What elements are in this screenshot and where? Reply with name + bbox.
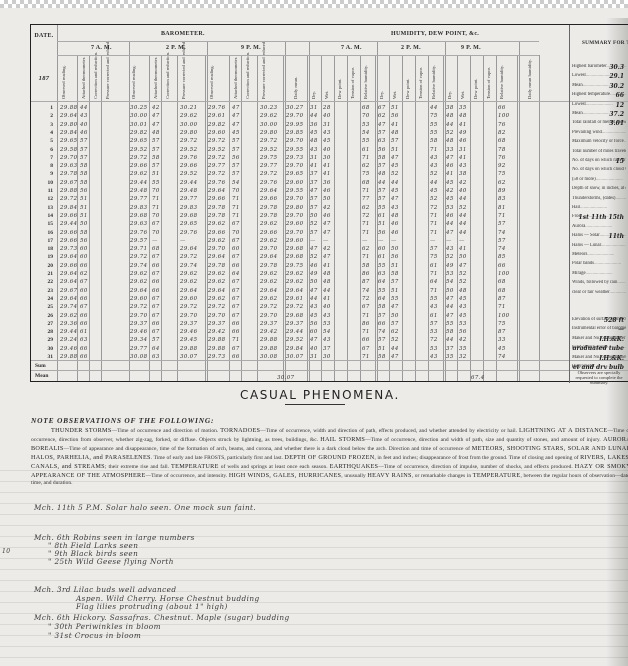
table-cell-b9: 29.88 <box>208 346 225 352</box>
note-description: —Time of occurrence, direction of impuls… <box>378 464 574 470</box>
table-cell-rh7: 70 <box>362 113 370 119</box>
table-cell-rh7: 72 <box>362 296 370 302</box>
table-cell-mean: 29.52 <box>286 337 303 343</box>
table-cell-w2: 50 <box>391 313 399 319</box>
leader-dots: ....................... <box>602 130 626 135</box>
table-cell-rh2: 43 <box>430 354 438 360</box>
table-cell-b7: 29.62 <box>60 313 77 319</box>
table-cell-d7: 41 <box>310 163 318 169</box>
table-cell-a9: 67 <box>232 221 240 227</box>
table-cell-a2: 47 <box>152 113 160 119</box>
table-cell-mean: 29.68 <box>286 313 303 319</box>
table-cell-mean: 29.60 <box>286 180 303 186</box>
table-cell-w2: 47 <box>391 196 399 202</box>
day-number: 7 <box>35 155 53 161</box>
table-cell-a2: 67 <box>152 221 160 227</box>
table-cell-a2: 67 <box>152 313 160 319</box>
table-cell-b7: 29.88 <box>60 188 77 194</box>
table-cell-p9: 29.62 <box>260 296 277 302</box>
table-cell-w2: 43 <box>391 205 399 211</box>
column-divider <box>241 55 242 381</box>
table-cell-w7: 30 <box>323 155 331 161</box>
table-cell-w7: 47 <box>323 254 331 260</box>
table-cell-w9: 44 <box>459 230 467 236</box>
table-cell-w7: — <box>323 238 329 244</box>
table-cell-b2: 29.66 <box>130 163 147 169</box>
table-cell-rh9: 76 <box>498 155 506 161</box>
table-cell-rh2: 72 <box>430 205 438 211</box>
table-cell-p2: 29.60 <box>180 296 197 302</box>
leader-dots: ....................... <box>596 177 623 182</box>
table-cell-w7: 46 <box>323 213 331 219</box>
table-cell-p2: 29.77 <box>180 196 197 202</box>
column-divider <box>177 55 178 381</box>
summary-item-label: Prevailing wind <box>572 130 602 135</box>
column-divider <box>283 55 284 381</box>
table-cell-d7: 31 <box>310 155 318 161</box>
table-cell-w9: 41 <box>459 155 467 161</box>
table-cell-rh7: 71 <box>362 230 370 236</box>
table-cell-d2: 51 <box>378 346 386 352</box>
table-cell-d2: 61 <box>378 254 386 260</box>
table-cell-rh9: 62 <box>498 180 506 186</box>
table-cell-b9: 29.76 <box>208 180 225 186</box>
table-cell-b9: 29.72 <box>208 138 225 144</box>
table-cell-d9: 48 <box>446 113 454 119</box>
table-cell-d9: 37 <box>446 346 454 352</box>
table-cell-d9: 44 <box>446 122 454 128</box>
table-cell-d7: 57 <box>310 230 318 236</box>
table-cell-b9: 29.61 <box>208 113 225 119</box>
baro-col-2-2: Correction and reduction. <box>245 59 250 99</box>
table-cell-rh7: 71 <box>362 188 370 194</box>
table-cell-rh9: 74 <box>498 246 506 252</box>
table-cell-w7: 28 <box>323 105 331 111</box>
table-cell-a2: 42 <box>152 105 160 111</box>
table-cell-d2: 57 <box>378 313 386 319</box>
table-cell-d9: 44 <box>446 337 454 343</box>
hum-col-2-3: Tension of vapor. <box>486 59 491 99</box>
table-cell-a2: 57 <box>152 138 160 144</box>
table-cell-a2: 63 <box>152 354 160 360</box>
summary-item-label: Aurora <box>572 224 585 229</box>
note-description: —Time of occurrence and direction of mot… <box>112 428 221 434</box>
table-cell-d9: 47 <box>446 313 454 319</box>
table-cell-rh7: 58 <box>362 263 370 269</box>
ruled-line <box>0 514 628 515</box>
summary-item-label: Winds, followed by rain <box>572 280 617 285</box>
summary-item: Polar bands....................... <box>572 261 626 266</box>
table-cell-a2: 71 <box>152 196 160 202</box>
table-cell-d7: 46 <box>310 263 318 269</box>
day-number: 17 <box>35 238 53 244</box>
table-cell-a2: 67 <box>152 254 160 260</box>
table-cell-a2: 67 <box>152 271 160 277</box>
table-cell-d7: 43 <box>310 147 318 153</box>
table-cell-d9: 45 <box>446 180 454 186</box>
baro-col-0-2: Correction and reduction. <box>93 59 98 99</box>
table-cell-d2: 62 <box>378 113 386 119</box>
table-cell-a9: 54 <box>232 180 240 186</box>
column-divider <box>457 55 458 381</box>
table-cell-b2: 30.01 <box>130 122 147 128</box>
table-cell-rh9: 100 <box>498 113 510 119</box>
table-cell-a2: 67 <box>152 296 160 302</box>
day-number: 22 <box>35 279 53 285</box>
table-cell-b9: 29.70 <box>208 246 225 252</box>
table-cell-p2: 30.21 <box>180 105 197 111</box>
table-cell-t7: 44 <box>80 105 88 111</box>
table-cell-mean: 30.27 <box>286 105 303 111</box>
table-cell-w2: 51 <box>391 288 399 294</box>
table-cell-rh7: 62 <box>362 246 370 252</box>
leader-dots: ....................... <box>583 83 610 88</box>
table-cell-w7: 54 <box>323 329 331 335</box>
table-cell-p2: 29.52 <box>180 171 197 177</box>
ruled-line <box>0 580 628 581</box>
table-cell-w7: 40 <box>323 147 331 153</box>
note-heading: NOTE OBSERVATIONS OF THE FOLLOWING: <box>31 416 214 425</box>
table-cell-d2: 57 <box>378 188 386 194</box>
table-cell-w9: 53 <box>459 321 467 327</box>
table-cell-w2: 57 <box>391 279 399 285</box>
table-cell-w9: 38 <box>459 171 467 177</box>
table-cell-d9: 42 <box>446 188 454 194</box>
table-cell-p9: 29.64 <box>260 188 277 194</box>
table-cell-rh7: 72 <box>362 213 370 219</box>
table-cell-mean: 29.55 <box>286 188 303 194</box>
day-number: 3 <box>35 122 53 128</box>
table-cell-d7: 48 <box>310 138 318 144</box>
table-cell-d9: 46 <box>446 163 454 169</box>
column-divider <box>443 55 444 381</box>
table-cell-rh7: 71 <box>362 254 370 260</box>
table-cell-b7: 29.84 <box>60 205 77 211</box>
table-cell-b9: 29.77 <box>208 163 225 169</box>
baro-col-0-0: Observed reading. <box>61 59 66 99</box>
summary-item-label: (58 or more) <box>572 177 596 182</box>
table-cell-p9: 30.23 <box>260 105 277 111</box>
table-cell-w9: 44 <box>459 213 467 219</box>
table-cell-b2: 29.57 <box>130 238 147 244</box>
leader-dots: ....................... <box>610 290 626 295</box>
table-cell-a9: 67 <box>232 346 240 352</box>
table-cell-b2: 29.46 <box>130 329 147 335</box>
table-cell-p9: 29.62 <box>260 221 277 227</box>
table-cell-d9: 48 <box>446 138 454 144</box>
table-cell-rh2: 64 <box>430 279 438 285</box>
table-cell-w2: 44 <box>391 180 399 186</box>
table-cell-rh2: 53 <box>430 346 438 352</box>
table-cell-w9: 48 <box>459 113 467 119</box>
table-cell-w7: 47 <box>323 221 331 227</box>
handwritten-note: " 31st Crocus in bloom <box>48 631 141 640</box>
table-cell-t7: 58 <box>80 180 88 186</box>
table-cell-a2: 66 <box>152 321 160 327</box>
table-cell-rh7: 62 <box>362 163 370 169</box>
table-cell-b7: 29.80 <box>60 122 77 128</box>
table-cell-p2: 29.76 <box>180 230 197 236</box>
table-cell-rh2: 55 <box>430 130 438 136</box>
table-cell-w9: 47 <box>459 263 467 269</box>
table-cell-t7: 67 <box>80 304 88 310</box>
row-divider <box>57 41 539 42</box>
table-cell-p9: 29.52 <box>260 147 277 153</box>
table-cell-w7: 41 <box>323 163 331 169</box>
table-cell-b7: 29.66 <box>60 238 77 244</box>
table-cell-b9: 29.62 <box>208 221 225 227</box>
summary-item-value: 3.01 <box>609 120 624 125</box>
table-cell-a9: 70 <box>232 188 240 194</box>
day-number: 20 <box>35 263 53 269</box>
table-cell-w7: 42 <box>323 246 331 252</box>
table-cell-d9: 47 <box>446 230 454 236</box>
table-cell-w7: 53 <box>323 321 331 327</box>
table-cell-a2: 68 <box>152 246 160 252</box>
date-header: DATE. <box>33 33 55 39</box>
table-cell-rh9: 92 <box>498 163 506 169</box>
table-cell-w2: 45 <box>391 163 399 169</box>
table-cell-b9: 29.62 <box>208 296 225 302</box>
summary-item-value: 1st 11th 15th <box>579 214 624 219</box>
summary-item: Highest barometer.......................… <box>572 64 626 69</box>
table-cell-p9: 29.80 <box>260 130 277 136</box>
table-cell-d9: 46 <box>446 213 454 219</box>
table-cell-d9: 44 <box>446 304 454 310</box>
table-cell-a9: 66 <box>232 329 240 335</box>
table-cell-a9: 66 <box>232 321 240 327</box>
hum-7am-header: 7 A. M. <box>341 45 362 51</box>
table-cell-rh2: 61 <box>430 313 438 319</box>
note-topic: TORNADOES <box>220 427 260 434</box>
table-cell-mean: 29.95 <box>286 122 303 128</box>
table-cell-b2: 29.70 <box>130 313 147 319</box>
summary-item: Total rainfall or melted snow...........… <box>572 120 626 125</box>
table-cell-w7: 40 <box>323 304 331 310</box>
table-cell-b2: 30.00 <box>130 113 147 119</box>
note-description: , in feet and inches; disappearance of f… <box>375 455 581 461</box>
summary-item: (58 or more)....................... <box>572 177 626 182</box>
table-cell-w9: 43 <box>459 304 467 310</box>
table-cell-a9: 67 <box>232 279 240 285</box>
table-cell-d2: 58 <box>378 155 386 161</box>
column-divider <box>402 55 403 381</box>
table-cell-b7: 29.66 <box>60 263 77 269</box>
table-cell-t7: 60 <box>80 288 88 294</box>
table-cell-rh2: — <box>430 238 436 244</box>
table-cell-d7: 57 <box>310 196 318 202</box>
table-cell-p2: 30.00 <box>180 122 197 128</box>
note-topic: HIGH WINDS, GALES, HURRICANES <box>229 472 341 479</box>
table-cell-b9: 29.64 <box>208 288 225 294</box>
table-cell-mean: 29.70 <box>286 163 303 169</box>
ruled-line <box>0 646 628 647</box>
table-cell-p9: 29.70 <box>260 246 277 252</box>
table-cell-w7: 45 <box>323 138 331 144</box>
day-number: 15 <box>35 221 53 227</box>
summary-item: No. of days on which cloud was unbroken.… <box>572 167 626 172</box>
table-cell-t7: 51 <box>80 205 88 211</box>
day-number: 31 <box>35 354 53 360</box>
table-cell-b2: 29.62 <box>130 279 147 285</box>
table-cell-b7: 29.73 <box>60 246 77 252</box>
table-cell-mean: 29.62 <box>286 279 303 285</box>
column-divider <box>161 55 162 381</box>
table-cell-t7: 56 <box>80 188 88 194</box>
table-cell-b2: 29.34 <box>130 337 147 343</box>
table-cell-rh7: 68 <box>362 180 370 186</box>
table-cell-rh9: 100 <box>498 271 510 277</box>
table-cell-b7: 29.72 <box>60 196 77 202</box>
summary-item-value: 15 <box>616 158 624 163</box>
leader-dots: ....................... <box>580 205 607 210</box>
table-cell-b9: 29.72 <box>208 155 225 161</box>
table-cell-w2: 57 <box>391 138 399 144</box>
row-divider <box>31 101 628 102</box>
summary-item-value: Reading of two wet and dry bulb <box>572 364 624 369</box>
table-cell-w7: 50 <box>323 196 331 202</box>
table-cell-w2: 51 <box>391 105 399 111</box>
day-number: 25 <box>35 304 53 310</box>
summary-item-value: 30.3 <box>609 64 624 69</box>
table-cell-rh7: 66 <box>362 337 370 343</box>
column-divider <box>307 55 308 381</box>
table-cell-d7: 31 <box>310 105 318 111</box>
table-cell-d7: 47 <box>310 188 318 194</box>
handwritten-note: Flag lilies protruding (about 1" high) <box>76 602 228 611</box>
table-cell-mean: 29.80 <box>286 205 303 211</box>
table-cell-rh9: 85 <box>498 254 506 260</box>
table-cell-w7: 46 <box>323 188 331 194</box>
day-number: 5 <box>35 138 53 144</box>
table-cell-rh2: 57 <box>430 246 438 252</box>
table-cell-t7: 66 <box>80 321 88 327</box>
ruled-line <box>0 525 628 526</box>
summary-item-label: Halos — Solar <box>572 233 600 238</box>
table-cell-w9: 52 <box>459 279 467 285</box>
table-cell-mean: 29.84 <box>286 346 303 352</box>
mean-label: Mean <box>35 373 48 379</box>
table-cell-p9: 29.62 <box>260 279 277 285</box>
hum-col-1-1: Wet. <box>392 59 397 99</box>
table-cell-w9: 32 <box>459 354 467 360</box>
baro-col-2-0: Observed reading. <box>209 59 214 99</box>
table-cell-w2: 47 <box>391 155 399 161</box>
note-topic: LIGHTNING AT A DISTANCE <box>519 427 607 434</box>
meteorological-register-table: DATE. 187 BAROMETER. HUMIDITY, DEW POINT… <box>30 24 628 382</box>
table-cell-a9: 67 <box>232 296 240 302</box>
table-cell-p9: 29.78 <box>260 263 277 269</box>
summary-item: Maker and No. of barometer used.........… <box>572 336 626 341</box>
table-cell-d9: 58 <box>446 329 454 335</box>
table-cell-b7: 29.78 <box>60 171 77 177</box>
table-cell-b7: 29.24 <box>60 337 77 343</box>
table-cell-t7: 66 <box>80 354 88 360</box>
table-cell-rh2: 43 <box>430 304 438 310</box>
table-cell-rh7: 61 <box>362 147 370 153</box>
table-cell-w7: 47 <box>323 230 331 236</box>
row-divider <box>57 55 539 56</box>
table-cell-d9: 52 <box>446 130 454 136</box>
table-cell-d2: 67 <box>378 105 386 111</box>
summary-item: Prevailing wind....................... <box>572 130 626 135</box>
summary-item-label: Hail <box>572 205 580 210</box>
table-cell-b7: 29.64 <box>60 279 77 285</box>
summary-item-value: 30.2 <box>609 83 624 88</box>
table-cell-b2: 29.68 <box>130 213 147 219</box>
summary-item-label: Highest temperature <box>572 92 610 97</box>
table-cell-b2: 29.64 <box>130 288 147 294</box>
summary-item: clear or fair weather...................… <box>572 290 626 295</box>
summary-title: SUMMARY FOR THE MONTH. <box>582 40 628 46</box>
leader-dots: ....................... <box>615 196 626 201</box>
table-cell-rh9: 81 <box>498 205 506 211</box>
table-cell-p9: 29.75 <box>260 155 277 161</box>
table-cell-a2: — <box>152 238 158 244</box>
table-cell-rh9: 75 <box>498 171 506 177</box>
table-cell-w7: 43 <box>323 130 331 136</box>
table-cell-d7: 52 <box>310 221 318 227</box>
table-cell-w2: 56 <box>391 113 399 119</box>
summary-item: Mean.......................37.2 <box>572 111 626 116</box>
table-cell-t7: 40 <box>80 122 88 128</box>
table-cell-t7: 58 <box>80 230 88 236</box>
day-number: 10 <box>35 180 53 186</box>
hum-2pm-header: 2 P. M. <box>401 45 421 51</box>
note-topic: TEMPERATURE <box>473 472 521 479</box>
hum-9pm-header: 9 P. M. <box>461 45 481 51</box>
table-cell-d2: 56 <box>378 147 386 153</box>
table-cell-mean: 29.73 <box>286 155 303 161</box>
table-cell-rh9: 33 <box>498 337 506 343</box>
table-cell-d7: 60 <box>310 329 318 335</box>
table-cell-rh7: 54 <box>362 130 370 136</box>
table-cell-a2: 67 <box>152 304 160 310</box>
table-cell-w2: 50 <box>391 246 399 252</box>
table-cell-w7: 44 <box>323 288 331 294</box>
hum-col-0-0: Dry. <box>311 59 316 99</box>
table-cell-b7: 29.88 <box>60 105 77 111</box>
table-cell-p2: 30.07 <box>180 354 197 360</box>
day-number: 29 <box>35 337 53 343</box>
table-cell-w9: 52 <box>459 271 467 277</box>
table-cell-rh2: 43 <box>430 163 438 169</box>
table-cell-w2: 52 <box>391 171 399 177</box>
table-cell-b9: 29.82 <box>208 122 225 128</box>
title-ornament <box>285 404 345 407</box>
table-cell-d9: 38 <box>446 105 454 111</box>
table-cell-w9: 31 <box>459 147 467 153</box>
table-cell-b7: 29.58 <box>60 147 77 153</box>
table-cell-t7: 43 <box>80 113 88 119</box>
table-cell-b9: 29.62 <box>208 271 225 277</box>
table-cell-d7: 47 <box>310 246 318 252</box>
summary-item-label: Thunderstorms, (dates) <box>572 196 615 201</box>
barometer-header: BAROMETER. <box>161 31 205 37</box>
table-cell-t7: 58 <box>80 163 88 169</box>
table-cell-b7: 29.63 <box>60 163 77 169</box>
table-cell-rh7: 68 <box>362 105 370 111</box>
summary-item-label: Lowest <box>572 73 586 78</box>
hum-col-1-0: Dry. <box>379 59 384 99</box>
table-cell-d2: 58 <box>378 354 386 360</box>
daily-mean-col: Daily mean. <box>293 59 298 99</box>
day-number: 1 <box>35 105 53 111</box>
table-cell-b2: 29.72 <box>130 304 147 310</box>
summary-item-label: Meteors <box>572 252 587 257</box>
table-cell-w9: 48 <box>459 288 467 294</box>
summary-item: Halos — Solar.......................11th <box>572 233 626 238</box>
